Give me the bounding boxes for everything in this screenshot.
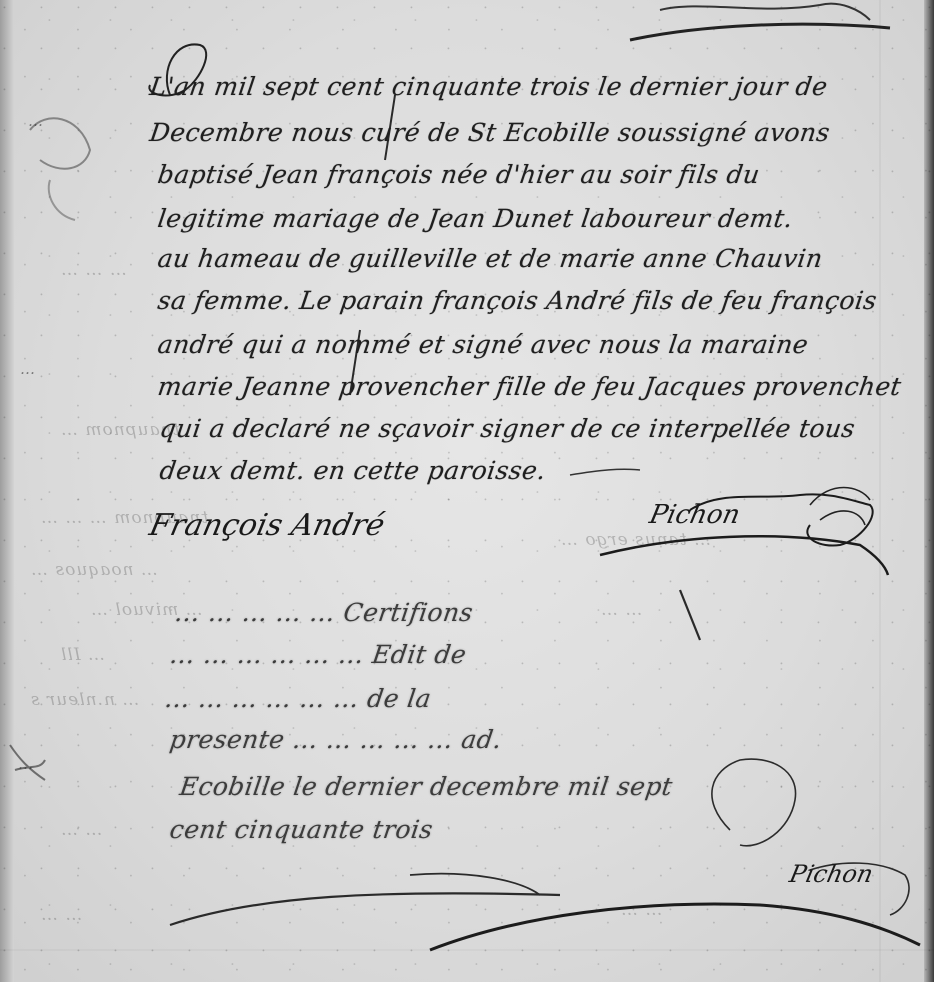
page-right-edge [924, 0, 934, 982]
entry-line: andré qui a nommé et signé avec nous la … [156, 330, 810, 359]
bleed-line: … tanus ergo … [560, 530, 711, 550]
bottom-flourish-right [430, 904, 920, 950]
margin-note: … [18, 755, 33, 773]
entry-line: au hameau de guilleville et de marie ann… [156, 244, 825, 273]
bleed-line: … … … [60, 260, 127, 280]
bleed-line: … n.nleur s [30, 690, 139, 710]
entry-line: deux demt. en cette paroisse. [158, 456, 548, 485]
addendum-line: … … … … … … Edit de [168, 640, 468, 669]
ink-strokes [0, 0, 934, 982]
closing-signature: Pichon [787, 860, 876, 888]
paper-speckle [0, 0, 934, 982]
register-page: tnaupnom … … … … noaquos … … mivuol … … … [0, 0, 934, 982]
entry-line: marie Jeanne provencher fille de feu Jac… [156, 372, 903, 401]
page-left-edge [0, 0, 14, 982]
bleed-line: … Ill [60, 645, 105, 665]
entry-line: L'an mil sept cent cinquante trois le de… [148, 72, 830, 101]
bleed-line: … … [40, 905, 82, 925]
bleed-line: … noaquos … [30, 560, 158, 580]
addendum-line: … … … … … … de la [163, 684, 433, 713]
margin-note: … [20, 360, 35, 378]
bleed-line: … … [60, 820, 102, 840]
margin-note: … [28, 112, 43, 130]
bleed-line: … … [600, 600, 642, 620]
entry-line: Decembre nous curé de St Ecobille soussi… [148, 118, 832, 147]
priest-signature: Pichon [647, 500, 743, 530]
entry-line: sa femme. Le parain françois André fils … [156, 286, 879, 315]
bleed-line: … … [620, 900, 662, 920]
closing-signature-loop [712, 759, 796, 846]
addendum-line: cent cinquante trois [168, 815, 435, 844]
addendum-line: Ecobille le dernier decembre mil sept [178, 772, 675, 801]
bleed-through-text: tnaupnom … … … … noaquos … … mivuol … … … [0, 0, 934, 982]
top-flourish [630, 24, 890, 40]
entry-line: qui a declaré ne sçavoir signer de ce in… [158, 414, 857, 443]
entry-line: baptisé Jean françois née d'hier au soir… [156, 160, 762, 189]
addendum-line: … … … … … Certifions [173, 598, 475, 627]
godfather-signature: François André [146, 508, 387, 543]
addendum-line: presente … … … … … ad. [168, 725, 504, 754]
entry-line: legitime mariage de Jean Dunet laboureur… [156, 204, 795, 233]
bottom-flourish-left [170, 893, 560, 925]
